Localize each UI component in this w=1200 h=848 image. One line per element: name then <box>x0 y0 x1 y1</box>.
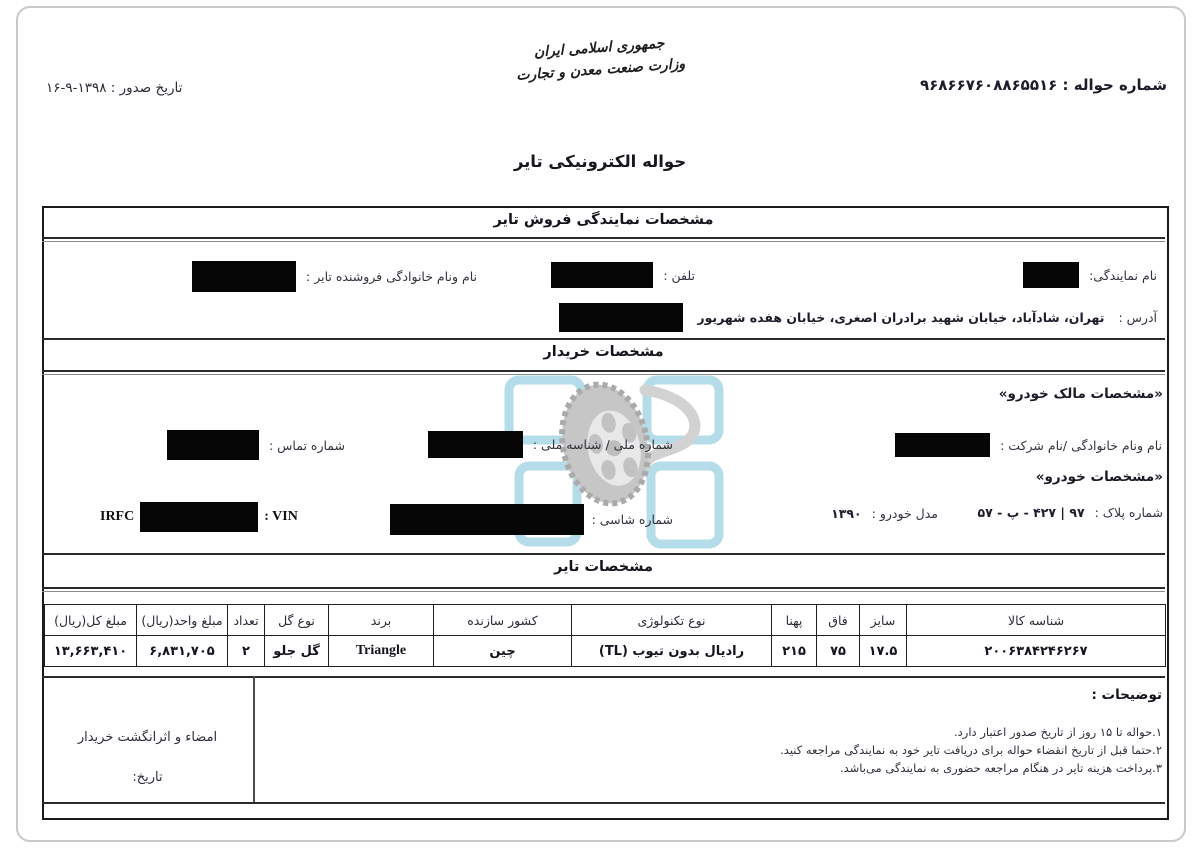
col-product-id: شناسه کالا <box>907 605 1166 636</box>
section-title-tire: مشخصات تایر <box>42 559 1165 575</box>
tire-specs-table: شناسه کالا سایز فاق پهنا نوع تکنولوژی کش… <box>44 604 1166 667</box>
vin-value-prefix: IRFC <box>100 509 134 525</box>
divider <box>42 676 1165 678</box>
voucher-number-value: ۹۶۸۶۶۷۶۰۸۸۶۵۵۱۶ <box>920 76 1057 94</box>
tire-voucher-document: شماره حواله : ۹۶۸۶۶۷۶۰۸۸۶۵۵۱۶ جمهوری اسل… <box>0 0 1200 848</box>
cell-technology: رادیال بدون تیوب (TL) <box>572 636 772 667</box>
model-field: مدل خودرو : ۱۳۹۰ <box>831 506 938 521</box>
owner-name-field: نام ونام خانوادگی /نام شرکت : <box>895 433 1162 457</box>
model-label: مدل خودرو : <box>872 506 938 521</box>
redacted-phone <box>551 262 653 288</box>
table-header-row: شناسه کالا سایز فاق پهنا نوع تکنولوژی کش… <box>45 605 1166 636</box>
seller-name-label: نام ونام خانوادگی فروشنده تایر : <box>306 269 477 284</box>
note-line: ۱.حواله تا ۱۵ روز از تاریخ صدور اعتبار د… <box>780 724 1162 742</box>
col-gap: فاق <box>817 605 860 636</box>
vin-label: : VIN <box>264 509 298 525</box>
col-unit-price: مبلغ واحد(ریال) <box>137 605 228 636</box>
cell-width: ۲۱۵ <box>772 636 817 667</box>
address-field: آدرس : تهران، شادآباد، خیابان شهید برادر… <box>559 303 1157 332</box>
cell-total-price: ۱۳,۶۶۳,۴۱۰ <box>45 636 137 667</box>
vin-field: IRFC : VIN <box>100 502 298 532</box>
divider <box>42 587 1165 589</box>
signature-label: امضاء و اثرانگشت خریدار <box>42 730 253 745</box>
document-title: حواله الکترونیکی تایر <box>0 152 1200 171</box>
divider <box>42 553 1165 555</box>
redacted-address-part <box>559 303 683 332</box>
owner-section-subtitle: «مشخصات مالک خودرو» <box>999 386 1163 402</box>
issue-date-label: تاریخ صدور : <box>111 80 183 96</box>
redacted-contact-number <box>167 430 259 460</box>
agency-name-label: نام نمایندگی: <box>1089 268 1157 283</box>
agency-name-field: نام نمایندگی: <box>1023 262 1157 288</box>
redacted-chassis-number <box>390 504 584 535</box>
redacted-vin <box>140 502 258 532</box>
address-value: تهران، شادآباد، خیابان شهید برادران اصغر… <box>697 310 1104 325</box>
cell-country: چین <box>434 636 572 667</box>
vehicle-section-subtitle: «مشخصات خودرو» <box>1036 469 1163 485</box>
col-brand: برند <box>329 605 434 636</box>
note-line: ۲.حتما قبل از تاریخ انقضاء حواله برای در… <box>780 742 1162 760</box>
plate-field: شماره پلاک : ۹۷ | ۴۲۷ - پ - ۵۷ <box>978 505 1163 520</box>
note-line: ۳.پرداخت هزینه تایر در هنگام مراجعه حضور… <box>780 760 1162 778</box>
address-label: آدرس : <box>1118 310 1157 325</box>
col-width: پهنا <box>772 605 817 636</box>
cell-quantity: ۲ <box>228 636 265 667</box>
agency-phone-field: تلفن : <box>551 262 695 288</box>
col-size: سایز <box>860 605 907 636</box>
notes-list: ۱.حواله تا ۱۵ روز از تاریخ صدور اعتبار د… <box>780 724 1162 777</box>
divider <box>42 374 1165 375</box>
cell-unit-price: ۶,۸۳۱,۷۰۵ <box>137 636 228 667</box>
section-title-buyer: مشخصات خریدار <box>42 344 1165 360</box>
section-title-agency: مشخصات نمایندگی فروش تایر <box>42 212 1165 228</box>
cell-product-id: ۲۰۰۶۳۸۴۲۴۶۲۶۷ <box>907 636 1166 667</box>
owner-name-label: نام ونام خانوادگی /نام شرکت : <box>1000 438 1162 453</box>
redacted-owner-name <box>895 433 990 457</box>
agency-phone-label: تلفن : <box>663 268 695 283</box>
vehicle-subtitle-text: «مشخصات خودرو» <box>1036 469 1163 485</box>
divider <box>42 370 1165 372</box>
issue-date-value: ۱۶-۹-۱۳۹۸ <box>46 80 107 96</box>
national-id-label: شماره ملی / شناسه ملی : <box>533 437 673 452</box>
plate-label: شماره پلاک : <box>1095 505 1163 520</box>
divider <box>42 338 1165 340</box>
cell-brand: Triangle <box>329 636 434 667</box>
chassis-field: شماره شاسی : <box>390 504 673 535</box>
signature-date-label: تاریخ: <box>42 770 253 785</box>
plate-value: ۹۷ | ۴۲۷ - پ - ۵۷ <box>978 505 1085 520</box>
redacted-national-id <box>428 431 523 458</box>
voucher-number-label: شماره حواله : <box>1063 76 1167 94</box>
national-id-field: شماره ملی / شناسه ملی : <box>428 431 673 458</box>
contact-number-label: شماره تماس : <box>269 438 345 453</box>
divider <box>42 237 1165 239</box>
col-quantity: تعداد <box>228 605 265 636</box>
issue-date-line: تاریخ صدور : ۱۶-۹-۱۳۹۸ <box>46 80 182 96</box>
col-total-price: مبلغ کل(ریال) <box>45 605 137 636</box>
voucher-number-line: شماره حواله : ۹۶۸۶۶۷۶۰۸۸۶۵۵۱۶ <box>920 76 1167 94</box>
cell-gap: ۷۵ <box>817 636 860 667</box>
divider <box>42 241 1165 242</box>
divider <box>42 591 1165 592</box>
col-country: کشور سازنده <box>434 605 572 636</box>
model-value: ۱۳۹۰ <box>831 506 862 521</box>
divider <box>42 802 1165 804</box>
redacted-agency-name <box>1023 262 1079 288</box>
owner-subtitle-text: «مشخصات مالک خودرو» <box>999 386 1163 402</box>
cell-tread-type: گل جلو <box>265 636 329 667</box>
col-technology: نوع تکنولوژی <box>572 605 772 636</box>
col-tread-type: نوع گل <box>265 605 329 636</box>
seller-name-field: نام ونام خانوادگی فروشنده تایر : <box>192 261 477 292</box>
table-data-row: ۲۰۰۶۳۸۴۲۴۶۲۶۷ ۱۷.۵ ۷۵ ۲۱۵ رادیال بدون تی… <box>45 636 1166 667</box>
cell-size: ۱۷.۵ <box>860 636 907 667</box>
contact-number-field: شماره تماس : <box>167 430 345 460</box>
chassis-label: شماره شاسی : <box>592 512 673 527</box>
signature-box-divider <box>253 676 255 802</box>
notes-title: توضیحات : <box>1091 687 1162 703</box>
redacted-seller-name <box>192 261 296 292</box>
